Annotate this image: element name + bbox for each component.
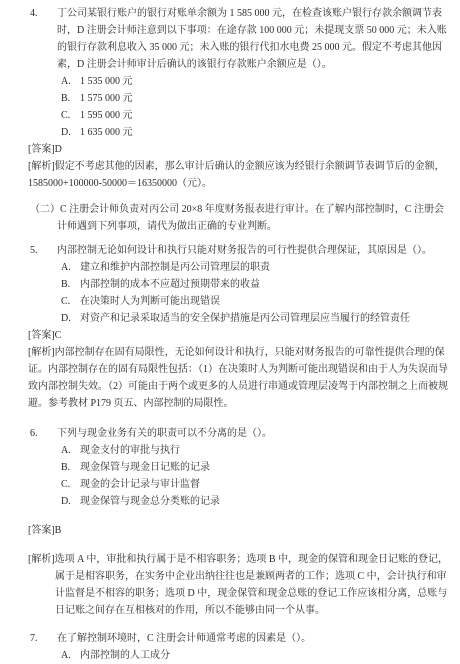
question-4: 4. 丁公司某银行账户的银行对账单余额为 1 585 000 元，在检查该账户银… — [0, 5, 460, 73]
option-label: D. — [61, 310, 71, 327]
option-row: A. 现金支付的审批与执行 — [0, 442, 460, 459]
analysis-label: [解析] — [28, 347, 55, 358]
question-6-number: 6. — [30, 425, 57, 442]
option-row: B. 内部控制的成本不应超过预期带来的收益 — [0, 276, 460, 293]
option-row: B. 1 575 000 元 — [0, 90, 460, 107]
option-label: A. — [61, 442, 71, 459]
exam-page: { "page": { "background": "#ffffff", "te… — [0, 0, 460, 664]
option-label: C. — [61, 107, 70, 124]
option-row: B. 现金保管与现金日记账的记录 — [0, 459, 460, 476]
analysis-text: 选项 A 中，审批和执行属于是不相容职务；选项 B 中，现金的保管和现金日记账的… — [55, 554, 448, 616]
question-5-number: 5. — [30, 242, 57, 259]
answer-value: C — [55, 330, 62, 341]
option-label: D. — [61, 493, 71, 510]
option-row: D. 1 635 000 元 — [0, 124, 460, 141]
question-7-number: 7. — [30, 630, 57, 647]
question-5-answer-line: [答案]C — [28, 327, 460, 344]
option-row: A. 1 535 000 元 — [0, 73, 460, 90]
option-row: D. 现金保管与现金总分类账的记录 — [0, 493, 460, 510]
answer-label: [答案] — [28, 525, 55, 536]
question-7-options: A. 内部控制的人工成分 — [0, 647, 460, 664]
question-6-stem: 下列与现金业务有关的职责可以不分离的是（）。 — [57, 428, 272, 439]
answer-value: D — [55, 144, 62, 155]
option-label: C. — [61, 293, 70, 310]
analysis-label: [解析] — [28, 554, 55, 565]
option-row: C. 在决策时人为判断可能出现错误 — [0, 293, 460, 310]
question-4-stem: 丁公司某银行账户的银行对账单余额为 1 585 000 元，在检查该账户银行存款… — [57, 8, 447, 70]
question-4-number: 4. — [30, 5, 57, 22]
question-4-answer-line: [答案]D — [28, 141, 460, 158]
question-5: 5. 内部控制无论如何设计和执行只能对财务报告的可行性提供合理保证，其原因是（）… — [0, 242, 460, 259]
question-6-answer-line: [答案]B — [28, 522, 460, 539]
question-5-analysis: [解析]内部控制存在固有局限性，无论如何设计和执行，只能对财务报告的可靠性提供合… — [28, 344, 460, 412]
option-text: 现金的会计记录与审计监督 — [80, 479, 200, 490]
analysis-text: 假定不考虑其他的因素，那么审计后确认的金额应该为经银行余额调节表调节后的金额，1… — [28, 161, 445, 189]
option-label: C. — [61, 476, 70, 493]
option-label: D. — [61, 124, 71, 141]
option-label: B. — [61, 459, 70, 476]
option-label: B. — [61, 276, 70, 293]
analysis-label: [解析] — [28, 161, 55, 172]
answer-label: [答案] — [28, 330, 55, 341]
exam-document: 4. 丁公司某银行账户的银行对账单余额为 1 585 000 元，在检查该账户银… — [0, 0, 460, 664]
option-text: 1 575 000 元 — [80, 93, 133, 104]
option-label: A. — [61, 259, 71, 276]
option-row: A. 内部控制的人工成分 — [0, 647, 460, 664]
question-4-options: A. 1 535 000 元 B. 1 575 000 元 C. 1 595 0… — [0, 73, 460, 141]
option-text: 内部控制的人工成分 — [80, 650, 170, 661]
option-label: A. — [61, 73, 71, 90]
question-4-analysis: [解析]假定不考虑其他的因素，那么审计后确认的金额应该为经银行余额调节表调节后的… — [28, 158, 460, 192]
option-text: 对资产和记录采取适当的安全保护措施是丙公司管理层应当履行的经管责任 — [80, 313, 410, 324]
option-text: 1 535 000 元 — [80, 76, 133, 87]
option-text: 在决策时人为判断可能出现错误 — [80, 296, 220, 307]
section-2-header: （二）C 注册会计师负责对丙公司 20×8 年度财务报表进行审计。在了解内部控制… — [30, 201, 460, 235]
option-row: A. 建立和维护内部控制是丙公司管理层的职责 — [0, 259, 460, 276]
option-text: 内部控制的成本不应超过预期带来的收益 — [80, 279, 260, 290]
question-6: 6. 下列与现金业务有关的职责可以不分离的是（）。 — [0, 425, 460, 442]
option-text: 现金支付的审批与执行 — [80, 445, 180, 456]
option-text: 1 635 000 元 — [80, 127, 133, 138]
question-5-options: A. 建立和维护内部控制是丙公司管理层的职责 B. 内部控制的成本不应超过预期带… — [0, 259, 460, 327]
analysis-text: 内部控制存在固有局限性，无论如何设计和执行，只能对财务报告的可靠性提供合理的保证… — [28, 347, 448, 409]
option-label: A. — [61, 647, 71, 664]
option-text: 1 595 000 元 — [80, 110, 133, 121]
option-text: 现金保管与现金日记账的记录 — [80, 462, 210, 473]
question-7-stem: 在了解控制环境时，C 注册会计师通常考虑的因素是（）。 — [57, 633, 311, 644]
answer-value: B — [55, 525, 62, 536]
question-6-analysis: [解析]选项 A 中，审批和执行属于是不相容职务；选项 B 中，现金的保管和现金… — [28, 551, 460, 619]
option-row: C. 现金的会计记录与审计监督 — [0, 476, 460, 493]
question-7: 7. 在了解控制环境时，C 注册会计师通常考虑的因素是（）。 — [0, 630, 460, 647]
option-row: C. 1 595 000 元 — [0, 107, 460, 124]
option-label: B. — [61, 90, 70, 107]
option-text: 现金保管与现金总分类账的记录 — [80, 496, 220, 507]
option-text: 建立和维护内部控制是丙公司管理层的职责 — [80, 262, 270, 273]
question-5-stem: 内部控制无论如何设计和执行只能对财务报告的可行性提供合理保证，其原因是（）。 — [57, 245, 432, 256]
answer-label: [答案] — [28, 144, 55, 155]
option-row: D. 对资产和记录采取适当的安全保护措施是丙公司管理层应当履行的经管责任 — [0, 310, 460, 327]
question-6-options: A. 现金支付的审批与执行 B. 现金保管与现金日记账的记录 C. 现金的会计记… — [0, 442, 460, 510]
